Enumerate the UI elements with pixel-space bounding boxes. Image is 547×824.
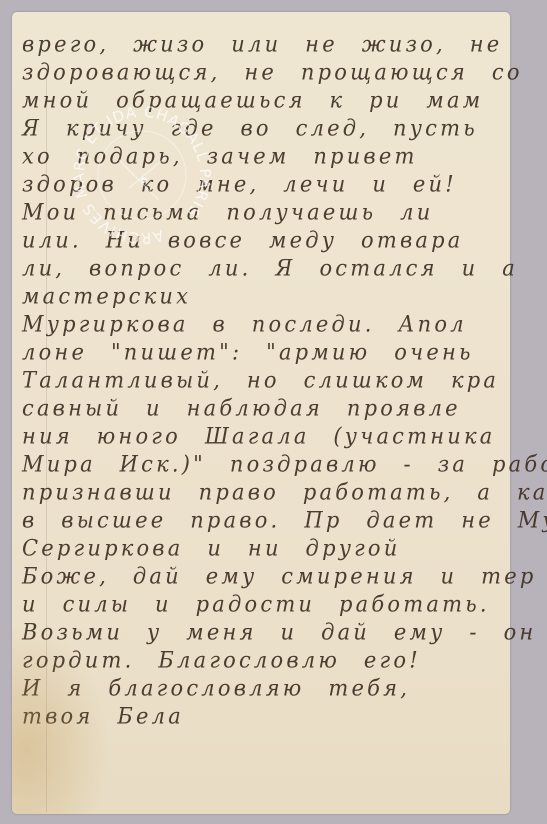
text-line: врего, жизо или не жизо, не — [22, 29, 507, 58]
text-line: признавши право работать, а как — [22, 477, 507, 506]
text-line: Мургиркова в последи. Апол — [22, 309, 507, 338]
text-line: хо подарь, зачем привет — [22, 141, 507, 170]
text-line: здоров ко мне, лечи и ей! — [22, 169, 507, 198]
text-line: Талантливый, но слишком кра — [22, 365, 507, 394]
text-line: ния юного Шагала (участника — [22, 421, 507, 450]
text-line: или. Ни вовсе меду отвара — [22, 225, 507, 254]
text-line: Сергиркова и ни другой — [22, 533, 507, 562]
text-line: мной обращаешься к ри мам — [22, 85, 507, 114]
text-line: Я кричу где во след, пусть — [22, 113, 507, 142]
text-line: Мира Иск.)" поздравлю - за работу — [22, 449, 507, 478]
handwritten-text: врего, жизо или не жизо, не здоровающся,… — [22, 30, 507, 730]
text-line: твоя Бела — [22, 701, 507, 730]
text-line: Мои письма получаешь ли — [22, 197, 507, 226]
text-line: савный и наблюдая проявле — [22, 393, 507, 422]
letter-sheet: врего, жизо или не жизо, не здоровающся,… — [12, 12, 510, 814]
text-line: Возьми у меня и дай ему - он орда — [22, 617, 507, 646]
text-line: ли, вопрос ли. Я остался и а — [22, 253, 507, 282]
text-line: здоровающся, не прощающся со — [22, 57, 507, 86]
text-line: и силы и радости работать. — [22, 589, 507, 618]
text-line: гордит. Благословлю его! — [22, 645, 507, 674]
text-line: Боже, дай ему смирения и тер — [22, 561, 507, 590]
text-line: лоне "пишет": "армию очень — [22, 337, 507, 366]
text-line: мастерских — [22, 281, 507, 310]
text-line: в высшее право. Пр дает не Му — [22, 505, 507, 534]
text-line: И я благословляю тебя, — [22, 673, 507, 702]
